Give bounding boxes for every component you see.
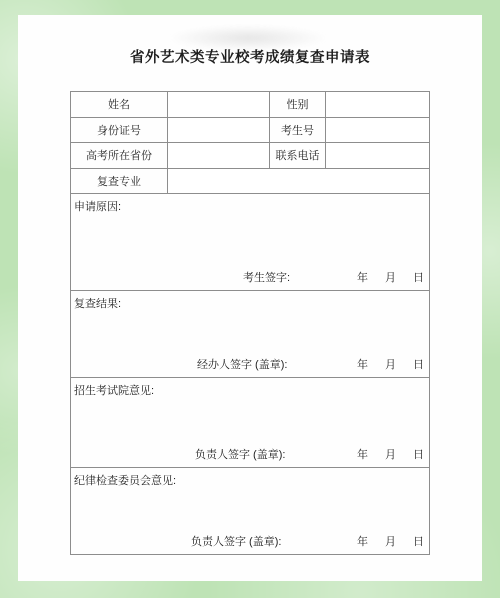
candidate-number-field[interactable] [326,117,430,143]
gaokao-province-field[interactable] [168,143,270,169]
date-blanks: 年 月 日 [357,356,429,372]
year-label: 年 [357,269,368,285]
year-label: 年 [357,533,368,549]
day-label: 日 [413,446,424,462]
day-label: 日 [413,269,424,285]
section-row-exam-institute-opinion: 招生考试院意见: 负责人签字 (盖章): 年 月 日 [71,378,430,468]
table-row-review-major: 复查专业 [71,168,430,194]
gaokao-province-label: 高考所在省份 [71,143,168,169]
name-field[interactable] [168,92,270,118]
handler-signature-row: 经办人签字 (盖章): 年 月 日 [71,356,429,372]
director-signature-label: 负责人签字 (盖章): [195,446,285,462]
table-row-province-phone: 高考所在省份 联系电话 [71,143,430,169]
id-number-field[interactable] [168,117,270,143]
discipline-committee-opinion-area[interactable]: 纪律检查委员会意见: 负责人签字 (盖章): 年 月 日 [71,468,430,555]
form-paper: 省外艺术类专业校考成绩复查申请表 姓名 性别 身份证号 考生号 高考所在省份 [18,15,482,581]
day-label: 日 [413,356,424,372]
year-label: 年 [357,356,368,372]
candidate-number-label: 考生号 [270,117,326,143]
handler-signature-label: 经办人签字 (盖章): [197,356,287,372]
application-reason-area[interactable]: 申请原因: 考生签字: 年 月 日 [71,194,430,291]
exam-institute-opinion-label: 招生考试院意见: [74,382,154,398]
contact-phone-field[interactable] [326,143,430,169]
table-row-name-gender: 姓名 性别 [71,92,430,118]
date-blanks: 年 月 日 [357,269,429,285]
director-signature-label: 负责人签字 (盖章): [191,533,281,549]
review-application-table: 姓名 性别 身份证号 考生号 高考所在省份 联系电话 复查专业 [70,91,430,555]
id-number-label: 身份证号 [71,117,168,143]
form-title: 省外艺术类专业校考成绩复查申请表 [18,46,482,67]
review-major-label: 复查专业 [71,168,168,194]
review-major-field[interactable] [168,168,430,194]
month-label: 月 [385,446,396,462]
name-label: 姓名 [71,92,168,118]
contact-phone-label: 联系电话 [270,143,326,169]
section-row-discipline-committee-opinion: 纪律检查委员会意见: 负责人签字 (盖章): 年 月 日 [71,468,430,555]
gender-label: 性别 [270,92,326,118]
day-label: 日 [413,533,424,549]
month-label: 月 [385,356,396,372]
date-blanks: 年 月 日 [357,533,429,549]
review-result-area[interactable]: 复查结果: 经办人签字 (盖章): 年 月 日 [71,291,430,378]
month-label: 月 [385,269,396,285]
section-row-review-result: 复查结果: 经办人签字 (盖章): 年 月 日 [71,291,430,378]
review-result-label: 复查结果: [74,295,121,311]
director-signature-row: 负责人签字 (盖章): 年 月 日 [71,533,429,549]
candidate-signature-row: 考生签字: 年 月 日 [71,269,429,285]
table-row-id-candidate: 身份证号 考生号 [71,117,430,143]
director-signature-row: 负责人签字 (盖章): 年 月 日 [71,446,429,462]
gender-field[interactable] [326,92,430,118]
month-label: 月 [385,533,396,549]
section-row-application-reason: 申请原因: 考生签字: 年 月 日 [71,194,430,291]
date-blanks: 年 月 日 [357,446,429,462]
candidate-signature-label: 考生签字: [243,269,290,285]
exam-institute-opinion-area[interactable]: 招生考试院意见: 负责人签字 (盖章): 年 月 日 [71,378,430,468]
discipline-committee-opinion-label: 纪律检查委员会意见: [74,472,176,488]
year-label: 年 [357,446,368,462]
page-background: { "document": { "title": "省外艺术类专业校考成绩复查申… [0,0,500,598]
application-reason-label: 申请原因: [74,198,121,214]
